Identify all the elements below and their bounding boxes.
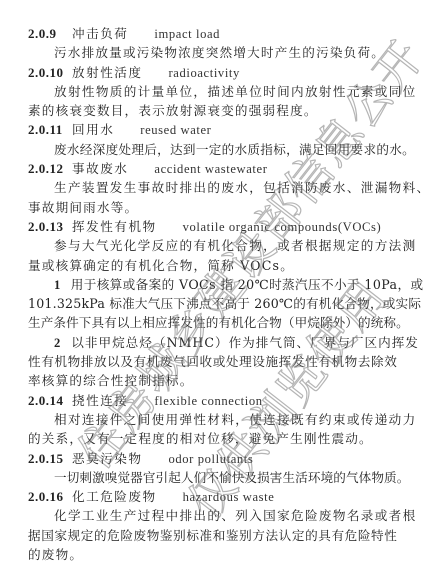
term-english: reused water [140, 121, 211, 140]
term-chinese: 冲击负荷 [72, 24, 128, 43]
definition-line: 以非甲烷总烃（NMHC）作为排气筒、厂界与厂区内挥发 [71, 335, 419, 350]
definition-line: 性有机物排放以及有机废气回收或处理设施挥发性有机物去除效 [28, 352, 400, 371]
definition-line: 废水经深度处理后，达到一定的水质指标，满足回用要求的水。 [28, 140, 400, 159]
definition-line: 素的核衰变数目，表示放射源衰变的强弱程度。 [28, 101, 400, 120]
term-number: 2.0.16 [28, 487, 72, 506]
definition-line: 率核算的综合性控制指标。 [28, 371, 400, 390]
term-english: radioactivity [168, 64, 239, 83]
term-number: 2.0.15 [28, 449, 72, 468]
term-heading-2-0-9: 2.0.9 冲击负荷 impact load [28, 24, 400, 43]
term-chinese: 回用水 [72, 120, 114, 139]
definition-line: 相对连接件之间使用弹性材料，使连接既有约束或传递动力 [28, 410, 400, 429]
definition-line: 生产装置发生事故时排出的废水，包括消防废水、泄漏物料、 [28, 178, 400, 197]
term-number: 2.0.11 [28, 120, 72, 139]
term-english: odor pollutants [168, 450, 253, 469]
term-english: volatile organic compounds(VOCs) [183, 218, 382, 237]
term-number: 2.0.13 [28, 217, 72, 236]
term-english: impact load [154, 25, 220, 44]
term-chinese: 放射性活度 [72, 63, 142, 82]
definition-line: 量或核算确定的有机化合物，简称 VOCs。 [28, 256, 400, 275]
definition-line: 据国家规定的危险废物鉴别标准和鉴别方法认定的具有危险特性 [28, 526, 400, 545]
sub-item-1: 1用于核算或备案的 VOCs 指 20℃时蒸汽压不小于 10Pa，或 [28, 275, 400, 294]
term-number: 2.0.12 [28, 159, 72, 178]
term-heading-2-0-14: 2.0.14 挠性连接 flexible connection [28, 391, 400, 410]
term-heading-2-0-10: 2.0.10 放射性活度 radioactivity [28, 63, 400, 82]
term-heading-2-0-11: 2.0.11 回用水 reused water [28, 120, 400, 139]
term-english: hazardous waste [183, 488, 275, 507]
term-chinese: 恶臭污染物 [72, 449, 142, 468]
definition-line: 的废物。 [28, 545, 400, 564]
term-heading-2-0-13: 2.0.13 挥发性有机物 volatile organic compounds… [28, 217, 400, 236]
sub-item-number: 2 [54, 336, 61, 350]
term-chinese: 挥发性有机物 [72, 217, 157, 236]
term-heading-2-0-15: 2.0.15 恶臭污染物 odor pollutants [28, 449, 400, 468]
term-number: 2.0.10 [28, 63, 72, 82]
term-chinese: 挠性连接 [72, 391, 128, 410]
definition-line: 的关系，又有一定程度的相对位移，避免产生刚性震动。 [28, 429, 400, 448]
sub-item-2: 2以非甲烷总烃（NMHC）作为排气筒、厂界与厂区内挥发 [28, 333, 400, 352]
definition-line: 用于核算或备案的 VOCs 指 20℃时蒸汽压不小于 10Pa，或 [71, 277, 424, 292]
term-heading-2-0-12: 2.0.12 事故废水 accident wastewater [28, 159, 400, 178]
definition-line: 事故期间雨水等。 [28, 198, 400, 217]
definition-line: 污水排放量或污染物浓度突然增大时产生的污染负荷。 [28, 43, 400, 62]
definition-line: 生产条件下具有以上相应挥发性的有机化合物（甲烷除外）的统称。 [28, 313, 400, 332]
term-english: accident wastewater [154, 160, 267, 179]
definition-line: 放射性物质的计量单位，描述单位时间内放射性元素或同位 [28, 82, 400, 101]
term-number: 2.0.9 [28, 24, 72, 43]
definition-line: 一切刺激嗅觉器官引起人们不愉快及损害生活环境的气体物质。 [28, 468, 400, 487]
definition-line: 化学工业生产过程中排出的、列入国家危险废物名录或者根 [28, 506, 400, 525]
term-chinese: 事故废水 [72, 159, 128, 178]
term-english: flexible connection [154, 392, 262, 411]
term-chinese: 化工危险废物 [72, 487, 157, 506]
definition-line: 参与大气光化学反应的有机化合物，或者根据规定的方法测 [28, 236, 400, 255]
definition-line: 101.325kPa 标准大气压下沸点不高于 260℃的有机化合物，或实际 [28, 294, 400, 313]
term-heading-2-0-16: 2.0.16 化工危险废物 hazardous waste [28, 487, 400, 506]
term-number: 2.0.14 [28, 391, 72, 410]
document-page: 2.0.9 冲击负荷 impact load 污水排放量或污染物浓度突然增大时产… [28, 24, 400, 564]
sub-item-number: 1 [54, 278, 61, 292]
